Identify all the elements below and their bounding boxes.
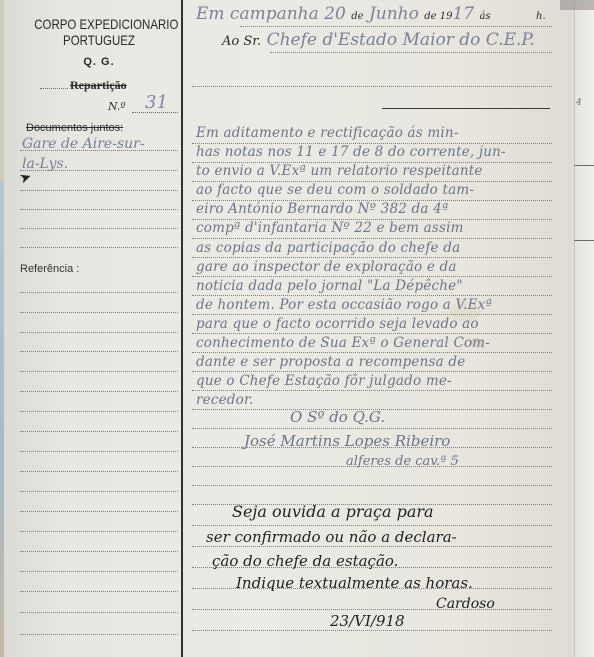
body-line: conhecimento de Sua Exª o General Com-: [196, 334, 556, 353]
left-rule: [20, 292, 178, 293]
left-rule: [20, 312, 178, 313]
left-rule: [20, 351, 178, 352]
date-rule: [240, 26, 552, 27]
dispatch-line: ser confirmado ou não a declara-: [206, 528, 457, 546]
left-rule: [20, 228, 178, 229]
body-line: compª d'infantaria Nº 22 e bem assim: [196, 219, 556, 238]
body-rule: [192, 428, 552, 429]
left-rule: [20, 451, 178, 452]
body-line: Em aditamento e rectificação ás min-: [196, 124, 556, 143]
left-rule: [20, 471, 178, 472]
body-line: as copias da participação do chefe da: [196, 239, 556, 258]
left-rule: [20, 634, 178, 635]
dispatch-line: ção do chefe da estação.: [212, 552, 398, 570]
reparticao-dots: [40, 88, 68, 89]
dispatch-initials: Cardoso: [436, 596, 495, 612]
left-rule: [20, 247, 178, 248]
body-line: para que o facto ocorrido seja levado ao: [196, 315, 556, 334]
unit-label: Q. G.: [20, 56, 178, 68]
body-line: noticia dada pelo jornal "La Dépêche": [196, 277, 556, 296]
left-rule: [20, 209, 178, 210]
header-line-1: CORPO EXPEDICIONARIO: [34, 16, 164, 32]
body-rule: [192, 630, 552, 631]
left-rule: [20, 571, 178, 572]
next-page-rule: [574, 240, 594, 241]
header-underline: [382, 108, 550, 109]
body-line: has notas nos 11 e 17 de 8 do corrente, …: [196, 143, 556, 162]
body-rule: [192, 525, 552, 526]
dispatch-date: 23/VI/918: [330, 612, 405, 630]
left-rule: [20, 170, 178, 171]
left-rule: [20, 150, 178, 151]
closing: O Sº do Q.G.: [290, 408, 385, 426]
body-line: dante e ser proposta a recompensa de: [196, 353, 556, 372]
left-rule: [20, 391, 178, 392]
left-rule: [20, 190, 178, 191]
left-rule: [20, 531, 178, 532]
body-line: que o Chefe Estação fôr julgado me-: [196, 372, 556, 391]
letter-body: Em aditamento e rectificação ás min- has…: [196, 124, 556, 410]
number-label: N.º: [108, 100, 126, 113]
form-header: CORPO EXPEDICIONARIO PORTUGUEZ Q. G.: [20, 16, 178, 68]
body-line: eiro António Bernardo Nº 382 da 4ª: [196, 200, 556, 219]
next-page-rule: [574, 165, 594, 166]
left-rule: [20, 612, 178, 613]
reparticao-label: Repartição: [70, 78, 127, 93]
referencia-label: Referência :: [20, 263, 79, 275]
left-rule: [20, 431, 178, 432]
body-rule: [192, 485, 552, 486]
year: 17: [452, 4, 474, 24]
left-rule: [20, 551, 178, 552]
scan-shadow: [560, 0, 594, 10]
place-date: Em campanha 20: [196, 4, 346, 24]
header-line-2: PORTUGUEZ: [34, 32, 164, 48]
addressee-prefix: Ao Sr.: [222, 34, 261, 49]
body-line: to envio a V.Exª um relatorio respeitant…: [196, 162, 556, 181]
month: Junho: [369, 4, 419, 24]
left-rule: [20, 491, 178, 492]
signature: José Martins Lopes Ribeiro: [244, 432, 450, 450]
body-line: de hontem. Por esta occasião rogo a V.Ex…: [196, 296, 556, 315]
body-line: ao facto que se deu com o soldado tam-: [196, 181, 556, 200]
date-line: Em campanha 20 de Junho de 1917 ás h.: [196, 4, 546, 24]
body-rule: [192, 546, 552, 547]
dispatch-line: Indique textualmente as horas.: [236, 574, 473, 592]
dispatch-line: Seja ouvida a praça para: [232, 502, 434, 521]
body-line: gare ao inspector de exploração e da: [196, 258, 556, 277]
addressee-line: Ao Sr. Chefe d'Estado Maior do C.E.P.: [222, 30, 535, 50]
addressee-rule: [270, 52, 552, 53]
addressee: Chefe d'Estado Maior do C.E.P.: [267, 30, 535, 50]
left-rule: [20, 591, 178, 592]
documentos-juntos-label: Documentos juntos:: [26, 122, 123, 134]
addressee-rule-2: [192, 86, 552, 87]
left-rule: [20, 511, 178, 512]
left-rule: [20, 332, 178, 333]
left-rule: [20, 411, 178, 412]
document-number: 31: [145, 92, 168, 113]
left-rule: [20, 371, 178, 372]
column-divider: [181, 0, 183, 657]
body-rule: [192, 609, 552, 610]
signature-rank: alferes de cav.ª 5: [346, 454, 459, 469]
next-page-note: 4: [576, 98, 582, 108]
